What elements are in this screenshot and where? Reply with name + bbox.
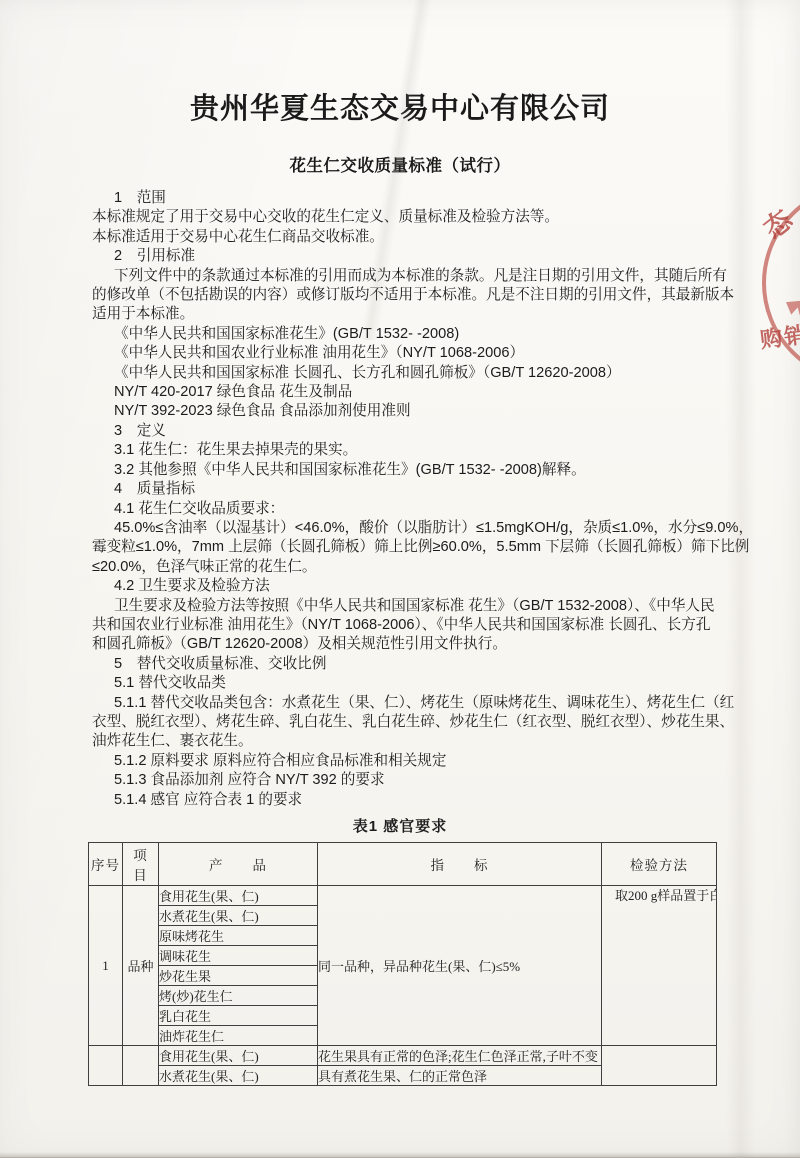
company-title: 贵州华夏生态交易中心有限公司 [0,0,800,127]
doc-line: 5.1.3 食品添加剂 应符合 NY/T 392 的要求 [92,771,740,790]
doc-line: 卫生要求及检验方法等按照《中华人民共和国国家标准 花生》（GB/T 1532-2… [92,597,740,616]
star-icon [786,293,800,317]
doc-line: 本标准适用于交易中心花生仁商品交收标准。 [92,228,740,247]
doc-line: 和圆孔筛板》（GB/T 12620-2008）及相关规范性引用文件执行。 [92,635,740,654]
col-header-seq: 序号 [89,843,123,886]
doc-line-reference: NY/T 420-2017 绿色食品 花生及制品 [92,383,740,402]
table-header-row: 序号 项 目 产 品 指 标 检验方法 [89,843,717,886]
indicator-cell: 花生果具有正常的色泽;花生仁色泽正常,子叶不变 色 [318,1046,602,1066]
doc-line-heading: 4 质量指标 [92,480,740,499]
doc-line-reference: NY/T 392-2023 绿色食品 食品添加剂使用准则 [92,402,740,421]
seal-text-fragment: 购销 [758,316,800,354]
doc-line: 5.1.4 感官 应符合表 1 的要求 [92,791,740,810]
col-header-item: 项 目 [123,843,159,886]
doc-line: 的修改单（不包括勘误的内容）或修订版均不适用于本标准。凡是不注日期的引用文件，其… [92,286,740,305]
method-cell [602,1046,717,1086]
seal-ring-icon [762,183,800,383]
product-cell: 食用花生(果、仁) [159,1046,318,1066]
indicator-cell: 同一品种，异品种花生(果、仁)≤5% [318,886,602,1046]
item-cell [123,1046,159,1086]
doc-line-heading: 2 引用标准 [92,247,740,266]
doc-line: 3.1 花生仁：花生果去掉果壳的果实。 [92,441,740,460]
paper-bottom-edge [0,1152,800,1158]
doc-title: 花生仁交收质量标准（试行） [0,127,800,176]
document-body: 1 范围 本标准规定了用于交易中心交收的花生仁定义、质量标准及检验方法等。 本标… [92,189,740,810]
doc-line: 适用于本标准。 [92,305,740,324]
product-cell: 原味烤花生 [159,926,318,946]
product-cell: 水煮花生(果、仁) [159,906,318,926]
table-row: 食用花生(果、仁) 花生果具有正常的色泽;花生仁色泽正常,子叶不变 色 [89,1046,717,1066]
doc-line-reference: 《中华人民共和国农业行业标准 油用花生》（NY/T 1068-2006） [92,344,740,363]
sensory-requirements-table: 序号 项 目 产 品 指 标 检验方法 1 品种 食用花生(果、仁) 同一品种，… [88,842,717,1086]
table-row: 1 品种 食用花生(果、仁) 同一品种，异品种花生(果、仁)≤5% 取200 g… [89,886,717,906]
product-cell: 食用花生(果、仁) [159,886,318,906]
doc-line-reference: 《中华人民共和国国家标准 长圆孔、长方孔和圆孔筛板》（GB/T 12620-20… [92,364,740,383]
doc-line: 5.1 替代交收品类 [92,674,740,693]
product-cell: 调味花生 [159,946,318,966]
doc-line: 油炸花生仁、裹衣花生。 [92,732,740,751]
table-title: 表1 感官要求 [0,815,800,836]
doc-line: 5.1.1 替代交收品类包含：水煮花生（果、仁）、烤花生（原味烤花生、调味花生）… [92,694,740,713]
col-header-indicator: 指 标 [318,843,602,886]
doc-line: 45.0%≤含油率（以湿基计）<46.0%，酸价（以脂肪计）≤1.5mgKOH/… [92,519,740,538]
seal-text-fragment: 态 [754,199,799,246]
product-cell: 油炸花生仁 [159,1026,318,1046]
doc-line: 5.1.2 原料要求 原料应符合相应食品标准和相关规定 [92,752,740,771]
seq-cell [89,1046,123,1086]
doc-line-heading: 3 定义 [92,422,740,441]
product-cell: 水煮花生(果、仁) [159,1066,318,1086]
method-cell: 取200 g样品置于白色搪瓷盘或不锈钢 工作台上，在充足的 自然光下,用目测法 … [602,886,717,1046]
indicator-cell: 具有煮花生果、仁的正常色泽 [318,1066,602,1086]
doc-line-reference: 《中华人民共和国国家标准花生》(GB/T 1532- -2008) [92,325,740,344]
doc-line: ≤20.0%，色泽气味正常的花生仁。 [92,558,740,577]
doc-line: 衣型、脱红衣型）、烤花生碎、乳白花生、乳白花生碎、炒花生仁（红衣型、脱红衣型）、… [92,713,740,732]
seq-cell: 1 [89,886,123,1046]
doc-line: 本标准规定了用于交易中心交收的花生仁定义、质量标准及检验方法等。 [92,208,740,227]
product-cell: 烤(炒)花生仁 [159,986,318,1006]
doc-line: 共和国农业行业标准 油用花生》（NY/T 1068-2006）、《中华人民共和国… [92,616,740,635]
doc-line-heading: 5 替代交收质量标准、交收比例 [92,655,740,674]
col-header-method: 检验方法 [602,843,717,886]
product-cell: 炒花生果 [159,966,318,986]
doc-line: 3.2 其他参照《中华人民共和国国家标准花生》(GB/T 1532- -2008… [92,461,740,480]
doc-line: 下列文件中的条款通过本标准的引用而成为本标准的条款。凡是注日期的引用文件，其随后… [92,267,740,286]
doc-line: 4.1 花生仁交收品质要求： [92,500,740,519]
doc-line: 霉变粒≤1.0%，7mm 上层筛（长圆孔筛板）筛上比例≥60.0%，5.5mm … [92,538,740,557]
doc-line-heading: 4.2 卫生要求及检验方法 [92,577,740,596]
scanned-page: 贵州华夏生态交易中心有限公司 花生仁交收质量标准（试行） 1 范围 本标准规定了… [0,0,800,1158]
col-header-product: 产 品 [159,843,318,886]
product-cell: 乳白花生 [159,1006,318,1026]
item-cell: 品种 [123,886,159,1046]
doc-line-heading: 1 范围 [92,189,740,208]
